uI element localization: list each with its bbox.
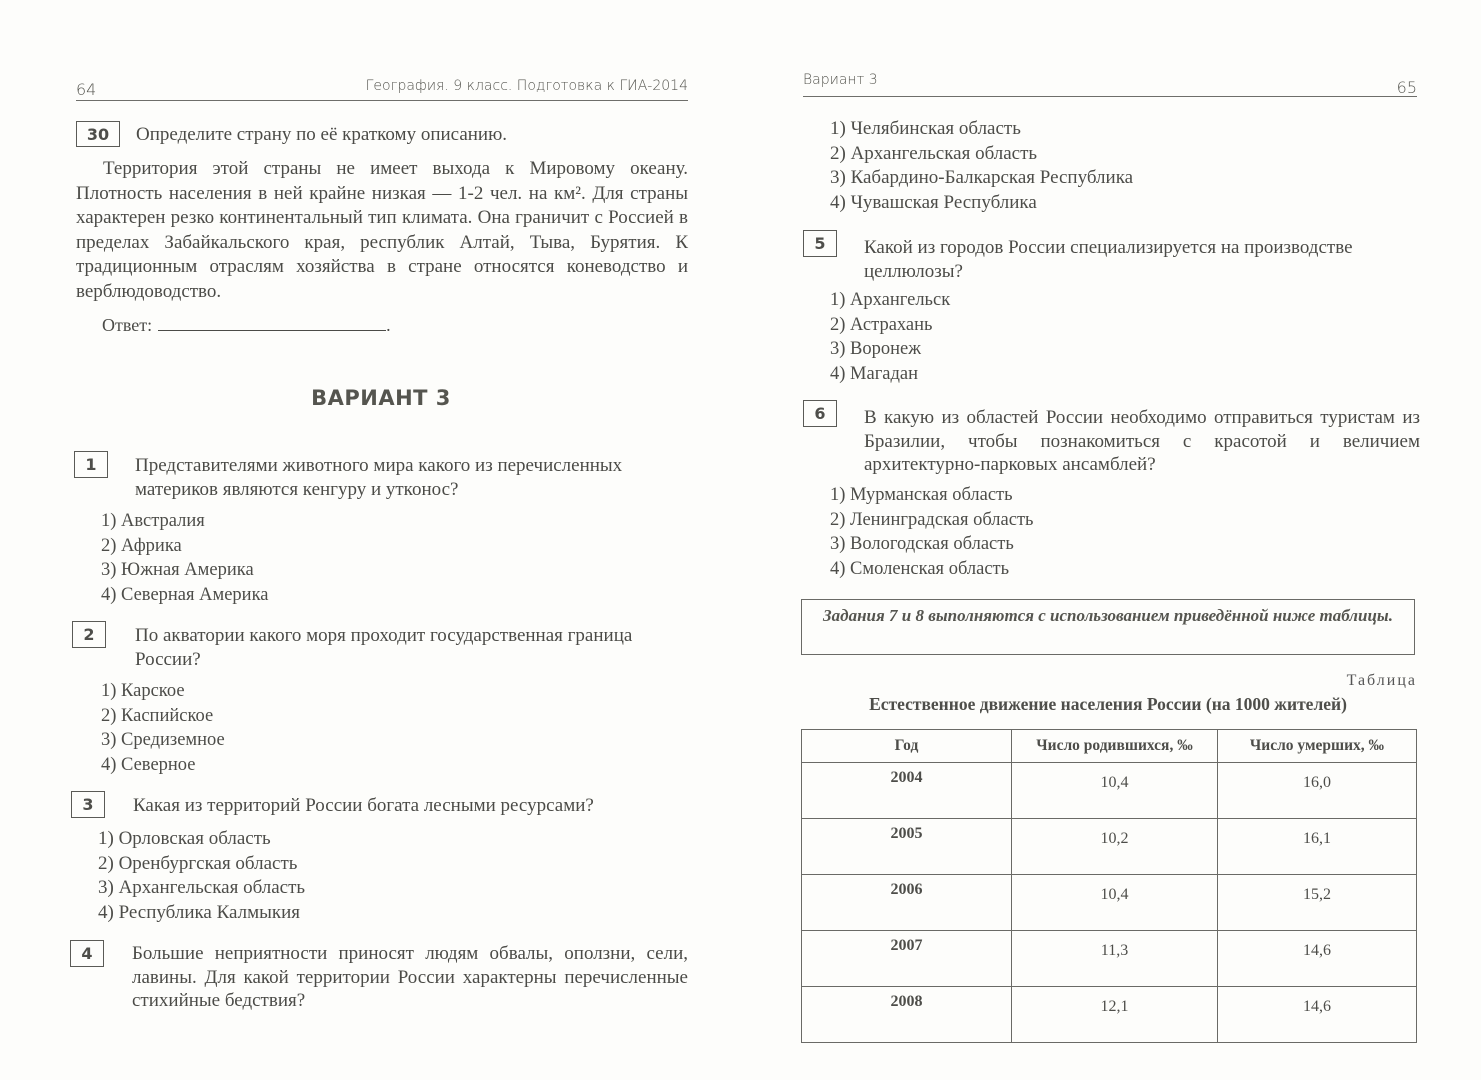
question-1-text: Представителями животного мира какого из…: [135, 454, 690, 501]
page-number: 65: [1397, 78, 1417, 97]
table-row: 2005 10,2 16,1: [802, 819, 1417, 875]
column-header-year: Год: [802, 730, 1012, 763]
question-6-text: В какую из областей России необходимо от…: [864, 406, 1420, 477]
question-2-text: По акватории какого моря проходит госуда…: [135, 624, 690, 671]
question-4-text: Большие неприятности приносят людям обва…: [132, 942, 688, 1013]
cell-deaths: 16,1: [1218, 819, 1417, 875]
option[interactable]: 4) Республика Калмыкия: [98, 901, 305, 926]
question-1-options: 1) Австралия 2) Африка 3) Южная Америка …: [101, 509, 269, 607]
column-header-deaths: Число умерших, ‰: [1218, 730, 1417, 763]
option[interactable]: 4) Северное: [101, 753, 225, 778]
option[interactable]: 1) Австралия: [101, 509, 269, 534]
question-3-options: 1) Орловская область 2) Оренбургская обл…: [98, 827, 305, 925]
option[interactable]: 4) Северная Америка: [101, 583, 269, 608]
cell-year: 2004: [802, 763, 1012, 819]
task-30-question: Определите страну по её краткому описани…: [136, 123, 696, 147]
answer-field[interactable]: Ответ:.: [102, 314, 391, 336]
running-head-right: Вариант 3 65: [803, 70, 1417, 97]
book-title: География. 9 класс. Подготовка к ГИА-201…: [366, 78, 688, 94]
question-number-2: 2: [72, 621, 106, 648]
cell-births: 11,3: [1012, 931, 1218, 987]
cell-deaths: 15,2: [1218, 875, 1417, 931]
option[interactable]: 3) Воронеж: [830, 337, 950, 362]
question-5-text: Какой из городов России специализируется…: [864, 236, 1419, 283]
option[interactable]: 2) Африка: [101, 534, 269, 559]
option[interactable]: 3) Вологодская область: [830, 532, 1033, 557]
option[interactable]: 1) Челябинская область: [830, 117, 1133, 142]
cell-deaths: 16,0: [1218, 763, 1417, 819]
option[interactable]: 1) Карское: [101, 679, 225, 704]
section-title: Вариант 3: [803, 72, 878, 88]
cell-births: 12,1: [1012, 987, 1218, 1043]
tasks-note-box: Задания 7 и 8 выполняются с использовани…: [801, 599, 1415, 655]
table-label: Таблица: [1347, 672, 1417, 690]
answer-blank[interactable]: [158, 314, 386, 331]
cell-year: 2008: [802, 987, 1012, 1043]
variant-title: ВАРИАНТ 3: [0, 386, 740, 410]
table-header-row: Год Число родившихся, ‰ Число умерших, ‰: [802, 730, 1417, 763]
option[interactable]: 2) Каспийское: [101, 704, 225, 729]
question-number-6: 6: [803, 400, 837, 427]
option[interactable]: 1) Орловская область: [98, 827, 305, 852]
table-row: 2006 10,4 15,2: [802, 875, 1417, 931]
task-30-description: Территория этой страны не имеет выхода к…: [76, 157, 688, 304]
option[interactable]: 1) Архангельск: [830, 288, 950, 313]
cell-births: 10,2: [1012, 819, 1218, 875]
page-number: 64: [76, 80, 96, 99]
question-number-1: 1: [74, 451, 108, 478]
option[interactable]: 4) Магадан: [830, 362, 950, 387]
option[interactable]: 2) Астрахань: [830, 313, 950, 338]
question-number-4: 4: [70, 940, 104, 967]
cell-births: 10,4: [1012, 875, 1218, 931]
population-table: Год Число родившихся, ‰ Число умерших, ‰…: [801, 729, 1417, 1043]
task-number-30: 30: [76, 121, 120, 147]
table-row: 2007 11,3 14,6: [802, 931, 1417, 987]
table-row: 2008 12,1 14,6: [802, 987, 1417, 1043]
option[interactable]: 3) Архангельская область: [98, 876, 305, 901]
question-number-3: 3: [71, 791, 105, 818]
running-head-left: 64 География. 9 класс. Подготовка к ГИА-…: [76, 76, 688, 101]
table-row: 2004 10,4 16,0: [802, 763, 1417, 819]
option[interactable]: 4) Чувашская Республика: [830, 191, 1133, 216]
option[interactable]: 2) Архангельская область: [830, 142, 1133, 167]
cell-births: 10,4: [1012, 763, 1218, 819]
option[interactable]: 2) Ленинградская область: [830, 508, 1033, 533]
page-65: Вариант 3 65 1) Челябинская область 2) А…: [740, 0, 1481, 1080]
question-5-options: 1) Архангельск 2) Астрахань 3) Воронеж 4…: [830, 288, 950, 386]
cell-deaths: 14,6: [1218, 987, 1417, 1043]
question-6-options: 1) Мурманская область 2) Ленинградская о…: [830, 483, 1033, 581]
option[interactable]: 1) Мурманская область: [830, 483, 1033, 508]
option[interactable]: 4) Смоленская область: [830, 557, 1033, 582]
option[interactable]: 2) Оренбургская область: [98, 852, 305, 877]
option[interactable]: 3) Южная Америка: [101, 558, 269, 583]
cell-deaths: 14,6: [1218, 931, 1417, 987]
question-2-options: 1) Карское 2) Каспийское 3) Средиземное …: [101, 679, 225, 777]
question-4-options: 1) Челябинская область 2) Архангельская …: [830, 117, 1133, 215]
question-number-5: 5: [803, 230, 837, 257]
cell-year: 2005: [802, 819, 1012, 875]
answer-label: Ответ:: [102, 315, 152, 335]
question-3-text: Какая из территорий России богата лесным…: [133, 794, 693, 818]
table-title: Естественное движение населения России (…: [801, 694, 1415, 715]
page-64: 64 География. 9 класс. Подготовка к ГИА-…: [0, 0, 740, 1080]
option[interactable]: 3) Кабардино-Балкарская Республика: [830, 166, 1133, 191]
cell-year: 2007: [802, 931, 1012, 987]
option[interactable]: 3) Средиземное: [101, 728, 225, 753]
column-header-births: Число родившихся, ‰: [1012, 730, 1218, 763]
cell-year: 2006: [802, 875, 1012, 931]
